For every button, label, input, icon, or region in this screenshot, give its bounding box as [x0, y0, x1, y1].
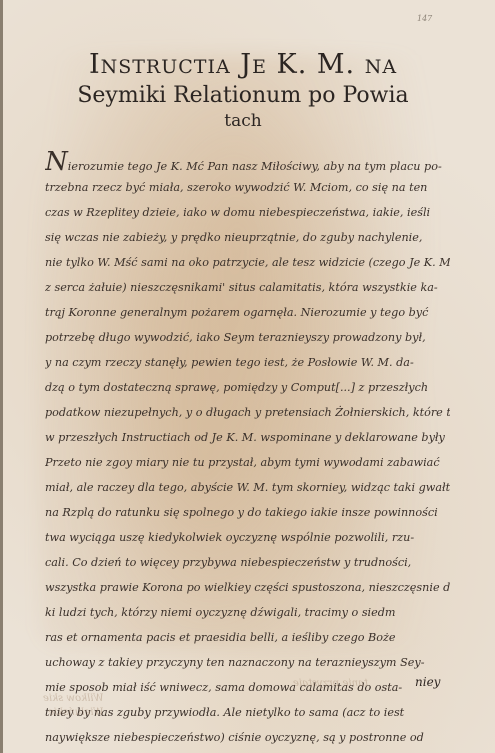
- text-line: twa wyciąga uszę kiedykolwiek oyczyznę w…: [45, 525, 450, 550]
- text-line: cali. Co dzień to więcey przybywa niebes…: [45, 550, 450, 575]
- manuscript-body: Nierozumie tego Je K. Mć Pan nasz Miłośc…: [45, 150, 450, 750]
- text-line: ras et ornamenta pacis et praesidia bell…: [45, 625, 450, 650]
- bleed-through-marginalia: Wilkow skie Wieluńskie: [43, 692, 104, 720]
- manuscript-page: 147 Instructia Je K. M. na Seymiki Relat…: [0, 0, 495, 753]
- text-line: Nierozumie tego Je K. Mć Pan nasz Miłośc…: [45, 150, 450, 175]
- document-title: Instructia Je K. M. na Seymiki Relationu…: [53, 48, 433, 132]
- text-line: nie tylko W. Mść sami na oko patrzycie, …: [45, 250, 450, 275]
- text-line: y na czym rzeczy stanęły, pewien tego ie…: [45, 350, 450, 375]
- bleed-line: Wieluńskie: [43, 706, 104, 720]
- text-line: tniey by nas zguby przywiodła. Ale niety…: [45, 700, 450, 725]
- text-line: naywiększe niebespieczeństwo) ciśnie oyc…: [45, 725, 450, 750]
- bleed-through-text: tanie przystaie: [293, 678, 368, 689]
- text-line: z serca żałuie) nieszczęsnikami' situs c…: [45, 275, 450, 300]
- text-line: się wczas nie zabieży, y prędko nieuprzą…: [45, 225, 450, 250]
- text-line: na Rzplą do ratunku się spolnego y do ta…: [45, 500, 450, 525]
- text-line: dzą o tym dostateczną sprawę, pomiędzy y…: [45, 375, 450, 400]
- text-line: w przeszłych Instructiach od Je K. M. ws…: [45, 425, 450, 450]
- title-line-3: tach: [53, 110, 433, 132]
- title-line-2: Seymiki Relationum po Powia: [53, 82, 433, 110]
- folio-number: 147: [417, 14, 432, 23]
- text-line: podatkow niezupełnych, y o długach y pre…: [45, 400, 450, 425]
- catchword: niey: [415, 675, 440, 689]
- title-line-1: Instructia Je K. M. na: [53, 48, 433, 82]
- bleed-line: Wilkow skie: [43, 692, 104, 706]
- text-line: mie sposob miał iść wniwecz, sama domowa…: [45, 675, 450, 700]
- text-line: trzebna rzecz być miała, szeroko wywodzi…: [45, 175, 450, 200]
- text-line: miał, ale raczey dla tego, abyście W. M.…: [45, 475, 450, 500]
- text-line: potrzebę długo wywodzić, iako Seym teraz…: [45, 325, 450, 350]
- text-line: uchoway z takiey przyczyny ten naznaczon…: [45, 650, 450, 675]
- text-line: czas w Rzeplitey dzieie, iako w domu nie…: [45, 200, 450, 225]
- text-line: wszystka prawie Korona po wielkiey częśc…: [45, 575, 450, 600]
- text-line: ki ludzi tych, którzy niemi oyczyznę dźw…: [45, 600, 450, 625]
- text-line: trąj Koronne generalnym pożarem ogarnęła…: [45, 300, 450, 325]
- text-line: Przeto nie zgoy miary nie tu przystał, a…: [45, 450, 450, 475]
